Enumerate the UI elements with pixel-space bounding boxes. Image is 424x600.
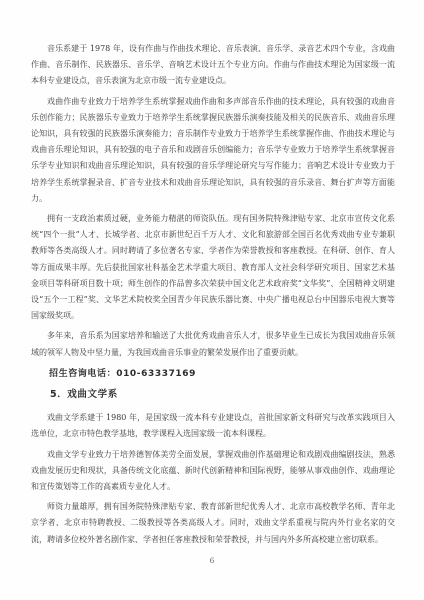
page-number: 6: [0, 556, 424, 565]
section-heading-drama-literature: 5．戏曲文学系: [31, 387, 395, 403]
admissions-phone-line: 招生咨询电话：010-63337169: [31, 366, 395, 382]
paragraph-music-dept-faculty-achievements: 拥有一支政治素质过硬，业务能力精湛的师资队伍。现有国务院特殊津贴专家、北京市宣传…: [31, 211, 395, 324]
paragraph-music-dept-intro: 音乐系建于 1978 年，设有作曲与作曲技术理论、音乐表演、音乐学、录音艺术四个…: [31, 41, 395, 90]
paragraph-drama-lit-major-training-goals: 戏曲文学专业致力于培养德智体美劳全面发展，掌握戏曲创作基础理论和戏剧戏曲编剧技法…: [31, 447, 395, 496]
paragraph-music-dept-alumni: 多年来，音乐系为国家培养和输送了大批优秀戏曲音乐人才，很多毕业生已成长为我国戏曲…: [31, 328, 395, 360]
paragraph-drama-lit-faculty: 师资力量雄厚，拥有国务院特殊津贴专家、教育部新世纪优秀人才、北京市高校教学名师、…: [31, 499, 395, 548]
paragraph-drama-lit-dept-intro: 戏曲文学系建于 1980 年，是国家级一流本科专业建设点，首批国家新文科研究与改…: [31, 410, 395, 442]
document-page: 音乐系建于 1978 年，设有作曲与作曲技术理论、音乐表演、音乐学、录音艺术四个…: [0, 0, 424, 600]
paragraph-music-majors-training-goals: 戏曲作曲专业致力于培养学生系统掌握戏曲作曲和多声部音乐作曲的技术理论，具有较强的…: [31, 94, 395, 207]
